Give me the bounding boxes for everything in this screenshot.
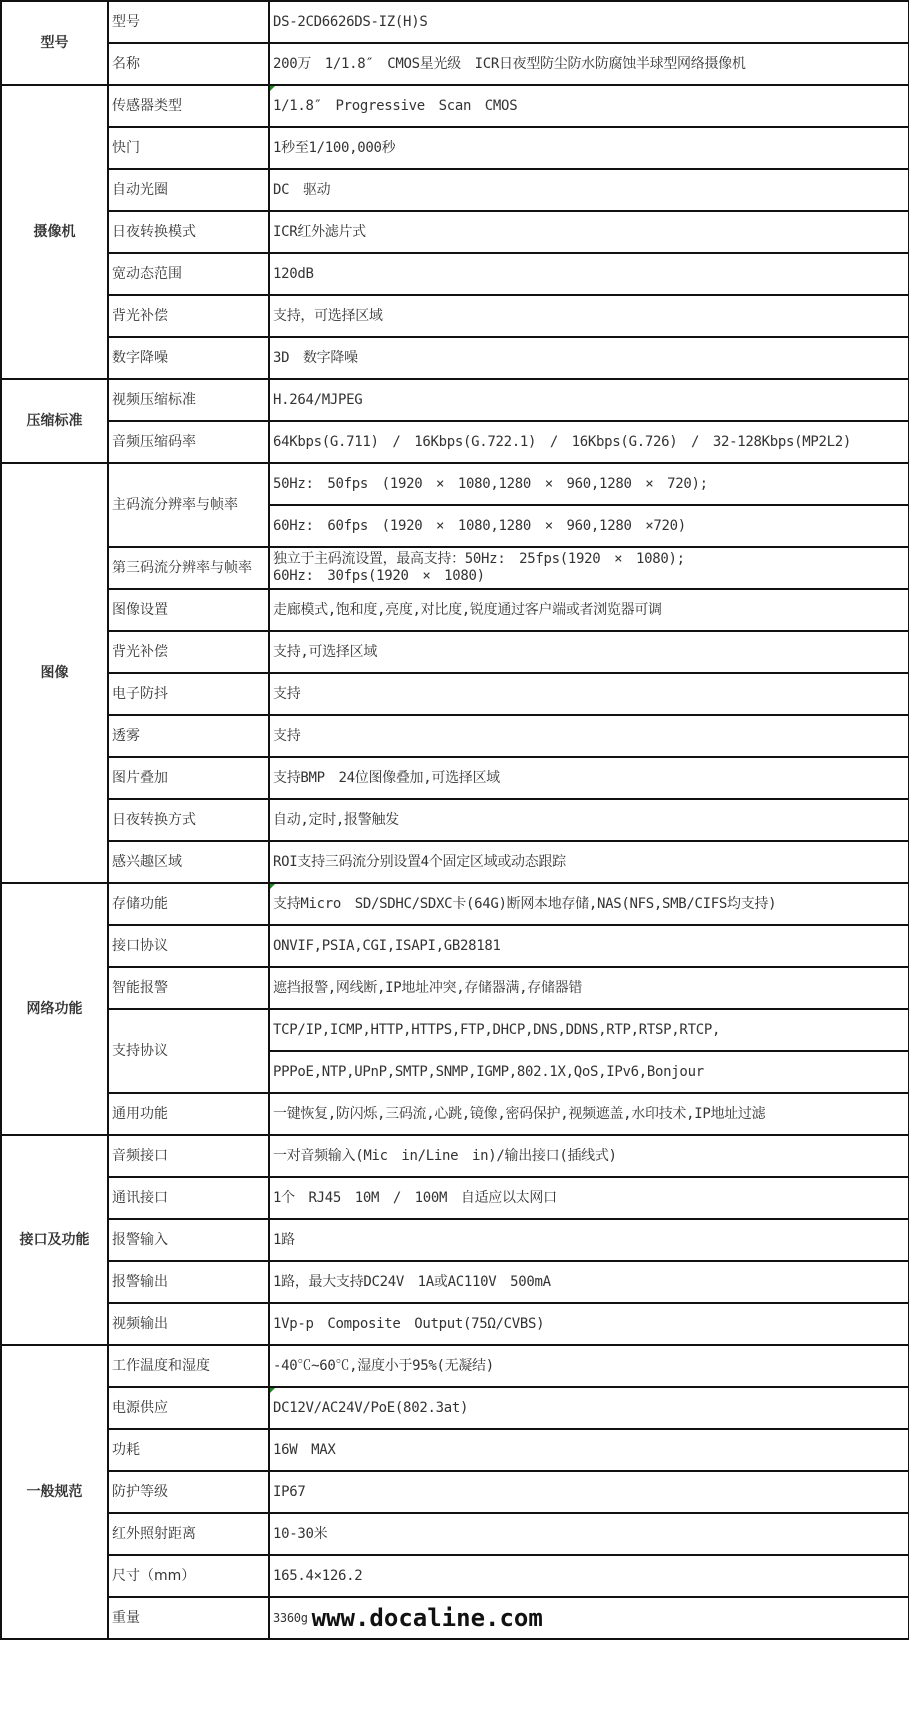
table-row: 第三码流分辨率与帧率 独立于主码流设置，最高支持：50Hz: 25fps(192…: [1, 547, 909, 589]
row-value: DC12V/AC24V/PoE(802.3at): [269, 1387, 909, 1429]
row-label: 音频压缩码率: [108, 421, 269, 463]
row-label: 快门: [108, 127, 269, 169]
row-value: 遮挡报警,网线断,IP地址冲突,存储器满,存储器错: [269, 967, 909, 1009]
row-label: 智能报警: [108, 967, 269, 1009]
row-label: 图片叠加: [108, 757, 269, 799]
category-image: 图像: [1, 463, 108, 883]
weight-value: 3360g: [273, 1611, 308, 1625]
table-row: 透雾 支持: [1, 715, 909, 757]
row-label: 日夜转换方式: [108, 799, 269, 841]
row-value: H.264/MJPEG: [269, 379, 909, 421]
comment-marker-icon: [270, 1388, 275, 1393]
row-value: 200万 1/1.8″ CMOS星光级 ICR日夜型防尘防水防腐蚀半球型网络摄像…: [269, 43, 909, 85]
row-value: 1个 RJ45 10M / 100M 自适应以太网口: [269, 1177, 909, 1219]
row-value: 50Hz: 50fps (1920 × 1080,1280 × 960,1280…: [269, 463, 909, 505]
comment-marker-icon: [270, 884, 275, 889]
row-label: 名称: [108, 43, 269, 85]
row-label: 支持协议: [108, 1009, 269, 1093]
row-value: 1路，最大支持DC24V 1A或AC110V 500mA: [269, 1261, 909, 1303]
table-row: 接口及功能 音频接口 一对音频输入(Mic in/Line in)/输出接口(插…: [1, 1135, 909, 1177]
row-label: 日夜转换模式: [108, 211, 269, 253]
table-row: 感兴趣区域 ROI支持三码流分别设置4个固定区域或动态跟踪: [1, 841, 909, 883]
row-value: 165.4×126.2: [269, 1555, 909, 1597]
category-general: 一般规范: [1, 1345, 108, 1639]
row-label: 宽动态范围: [108, 253, 269, 295]
row-value: ROI支持三码流分别设置4个固定区域或动态跟踪: [269, 841, 909, 883]
row-value: 支持Micro SD/SDHC/SDXC卡(64G)断网本地存储,NAS(NFS…: [269, 883, 909, 925]
row-value: 64Kbps(G.711) / 16Kbps(G.722.1) / 16Kbps…: [269, 421, 909, 463]
table-row: 日夜转换方式 自动,定时,报警触发: [1, 799, 909, 841]
category-model: 型号: [1, 1, 108, 85]
category-camera: 摄像机: [1, 85, 108, 379]
row-value: DC 驱动: [269, 169, 909, 211]
row-label: 通讯接口: [108, 1177, 269, 1219]
table-row: 支持协议 TCP/IP,ICMP,HTTP,HTTPS,FTP,DHCP,DNS…: [1, 1009, 909, 1051]
table-row: 宽动态范围 120dB: [1, 253, 909, 295]
table-row: 电源供应 DC12V/AC24V/PoE(802.3at): [1, 1387, 909, 1429]
row-label: 主码流分辨率与帧率: [108, 463, 269, 547]
row-value: 60Hz: 60fps (1920 × 1080,1280 × 960,1280…: [269, 505, 909, 547]
table-row: 背光补偿 支持,可选择区域: [1, 631, 909, 673]
table-row: 快门 1秒至1/100,000秒: [1, 127, 909, 169]
row-value: 走廊模式,饱和度,亮度,对比度,锐度通过客户端或者浏览器可调: [269, 589, 909, 631]
row-label: 尺寸（mm）: [108, 1555, 269, 1597]
row-label: 报警输出: [108, 1261, 269, 1303]
row-label: 数字降噪: [108, 337, 269, 379]
spec-table: 型号 型号 DS-2CD6626DS-IZ(H)S 名称 200万 1/1.8″…: [0, 0, 909, 1640]
row-label: 通用功能: [108, 1093, 269, 1135]
table-row: 图片叠加 支持BMP 24位图像叠加,可选择区域: [1, 757, 909, 799]
table-row: 重量 3360gwww.docaline.com: [1, 1597, 909, 1639]
row-value: 1秒至1/100,000秒: [269, 127, 909, 169]
row-label: 型号: [108, 1, 269, 43]
table-row: 型号 型号 DS-2CD6626DS-IZ(H)S: [1, 1, 909, 43]
row-value: 支持BMP 24位图像叠加,可选择区域: [269, 757, 909, 799]
row-label: 红外照射距离: [108, 1513, 269, 1555]
watermark-text: www.docaline.com: [312, 1604, 543, 1632]
table-row: 一般规范 工作温度和湿度 -40℃~60℃,湿度小于95%(无凝结): [1, 1345, 909, 1387]
category-interfaces: 接口及功能: [1, 1135, 108, 1345]
row-label: 功耗: [108, 1429, 269, 1471]
row-label: 感兴趣区域: [108, 841, 269, 883]
row-label: 存储功能: [108, 883, 269, 925]
row-label: 第三码流分辨率与帧率: [108, 547, 269, 589]
row-value: 1Vp-p Composite Output(75Ω/CVBS): [269, 1303, 909, 1345]
table-row: 通用功能 一键恢复,防闪烁,三码流,心跳,镜像,密码保护,视频遮盖,水印技术,I…: [1, 1093, 909, 1135]
table-row: 自动光圈 DC 驱动: [1, 169, 909, 211]
row-value: TCP/IP,ICMP,HTTP,HTTPS,FTP,DHCP,DNS,DDNS…: [269, 1009, 909, 1051]
row-value: ICR红外滤片式: [269, 211, 909, 253]
table-row: 报警输入 1路: [1, 1219, 909, 1261]
row-label: 重量: [108, 1597, 269, 1639]
row-label: 报警输入: [108, 1219, 269, 1261]
row-value: 自动,定时,报警触发: [269, 799, 909, 841]
row-label: 透雾: [108, 715, 269, 757]
table-row: 网络功能 存储功能 支持Micro SD/SDHC/SDXC卡(64G)断网本地…: [1, 883, 909, 925]
row-value: 10-30米: [269, 1513, 909, 1555]
row-label: 音频接口: [108, 1135, 269, 1177]
category-network: 网络功能: [1, 883, 108, 1135]
row-value: 一键恢复,防闪烁,三码流,心跳,镜像,密码保护,视频遮盖,水印技术,IP地址过滤: [269, 1093, 909, 1135]
table-row: 压缩标准 视频压缩标准 H.264/MJPEG: [1, 379, 909, 421]
table-row: 通讯接口 1个 RJ45 10M / 100M 自适应以太网口: [1, 1177, 909, 1219]
table-row: 防护等级 IP67: [1, 1471, 909, 1513]
table-row: 电子防抖 支持: [1, 673, 909, 715]
row-label: 背光补偿: [108, 631, 269, 673]
row-label: 工作温度和湿度: [108, 1345, 269, 1387]
table-row: 视频输出 1Vp-p Composite Output(75Ω/CVBS): [1, 1303, 909, 1345]
comment-marker-icon: [270, 86, 275, 91]
row-label: 图像设置: [108, 589, 269, 631]
table-row: 数字降噪 3D 数字降噪: [1, 337, 909, 379]
row-value: IP67: [269, 1471, 909, 1513]
table-row: 日夜转换模式 ICR红外滤片式: [1, 211, 909, 253]
table-row: 摄像机 传感器类型 1/1.8″ Progressive Scan CMOS: [1, 85, 909, 127]
row-label: 防护等级: [108, 1471, 269, 1513]
table-row: 图像 主码流分辨率与帧率 50Hz: 50fps (1920 × 1080,12…: [1, 463, 909, 505]
row-label: 接口协议: [108, 925, 269, 967]
row-value: 3D 数字降噪: [269, 337, 909, 379]
row-label: 视频输出: [108, 1303, 269, 1345]
row-value: PPPoE,NTP,UPnP,SMTP,SNMP,IGMP,802.1X,QoS…: [269, 1051, 909, 1093]
row-label: 电源供应: [108, 1387, 269, 1429]
row-label: 电子防抖: [108, 673, 269, 715]
row-label: 视频压缩标准: [108, 379, 269, 421]
row-value: 16W MAX: [269, 1429, 909, 1471]
row-label: 背光补偿: [108, 295, 269, 337]
row-value: 独立于主码流设置，最高支持：50Hz: 25fps(1920 × 1080);6…: [269, 547, 909, 589]
row-value: 支持: [269, 673, 909, 715]
row-label: 自动光圈: [108, 169, 269, 211]
row-value: 1/1.8″ Progressive Scan CMOS: [269, 85, 909, 127]
row-value: 一对音频输入(Mic in/Line in)/输出接口(插线式): [269, 1135, 909, 1177]
row-value: 支持,可选择区域: [269, 631, 909, 673]
row-value: 3360gwww.docaline.com: [269, 1597, 909, 1639]
row-value: 1路: [269, 1219, 909, 1261]
table-row: 报警输出 1路，最大支持DC24V 1A或AC110V 500mA: [1, 1261, 909, 1303]
row-value: 支持: [269, 715, 909, 757]
table-row: 图像设置 走廊模式,饱和度,亮度,对比度,锐度通过客户端或者浏览器可调: [1, 589, 909, 631]
table-row: 尺寸（mm） 165.4×126.2: [1, 1555, 909, 1597]
row-label: 传感器类型: [108, 85, 269, 127]
row-value: 支持，可选择区域: [269, 295, 909, 337]
table-row: 音频压缩码率 64Kbps(G.711) / 16Kbps(G.722.1) /…: [1, 421, 909, 463]
row-value: 120dB: [269, 253, 909, 295]
row-value: -40℃~60℃,湿度小于95%(无凝结): [269, 1345, 909, 1387]
table-row: 功耗 16W MAX: [1, 1429, 909, 1471]
table-row: 红外照射距离 10-30米: [1, 1513, 909, 1555]
category-compression: 压缩标准: [1, 379, 108, 463]
table-row: 名称 200万 1/1.8″ CMOS星光级 ICR日夜型防尘防水防腐蚀半球型网…: [1, 43, 909, 85]
table-row: 接口协议 ONVIF,PSIA,CGI,ISAPI,GB28181: [1, 925, 909, 967]
row-value: DS-2CD6626DS-IZ(H)S: [269, 1, 909, 43]
row-value: ONVIF,PSIA,CGI,ISAPI,GB28181: [269, 925, 909, 967]
table-row: 背光补偿 支持，可选择区域: [1, 295, 909, 337]
table-row: 智能报警 遮挡报警,网线断,IP地址冲突,存储器满,存储器错: [1, 967, 909, 1009]
